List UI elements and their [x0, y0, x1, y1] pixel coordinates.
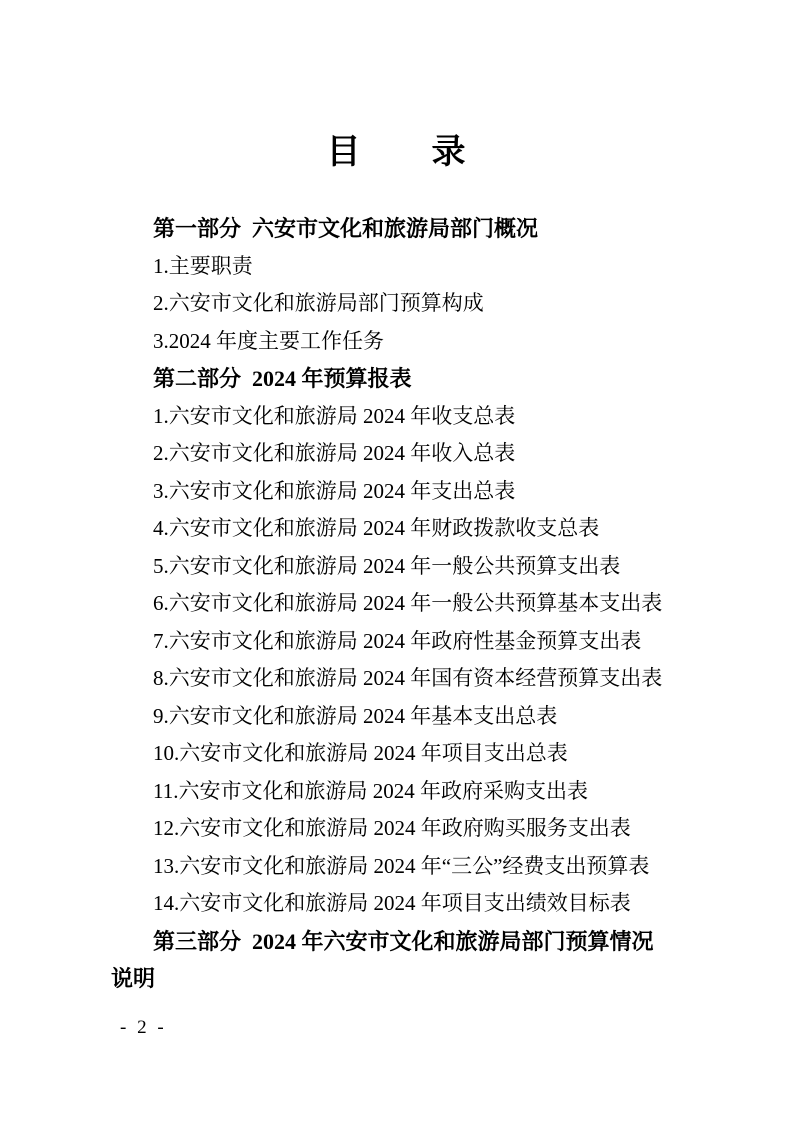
toc-item-2-7: 7.六安市文化和旅游局 2024 年政府性基金预算支出表 — [111, 623, 693, 661]
toc-heading-part-1: 第一部分 六安市文化和旅游局部门概况 — [111, 210, 693, 248]
toc-item-2-9: 9.六安市文化和旅游局 2024 年基本支出总表 — [111, 698, 693, 736]
toc-item-1-1: 1.主要职责 — [111, 248, 693, 286]
toc-item-2-12: 12.六安市文化和旅游局 2024 年政府购买服务支出表 — [111, 810, 693, 848]
toc-item-1-2: 2.六安市文化和旅游局部门预算构成 — [111, 285, 693, 323]
toc-item-2-6: 6.六安市文化和旅游局 2024 年一般公共预算基本支出表 — [111, 585, 693, 623]
toc-item-2-13: 13.六安市文化和旅游局 2024 年“三公”经费支出预算表 — [111, 848, 693, 886]
toc-item-2-11: 11.六安市文化和旅游局 2024 年政府采购支出表 — [111, 773, 693, 811]
toc-item-2-14: 14.六安市文化和旅游局 2024 年项目支出绩效目标表 — [111, 885, 693, 923]
document-page: 目 录 第一部分 六安市文化和旅游局部门概况 1.主要职责 2.六安市文化和旅游… — [0, 0, 793, 1122]
toc-item-2-3: 3.六安市文化和旅游局 2024 年支出总表 — [111, 473, 693, 511]
page-title: 目 录 — [0, 0, 793, 173]
toc-heading-part-2: 第二部分 2024 年预算报表 — [111, 360, 693, 398]
toc-heading-part-3: 第三部分 2024 年六安市文化和旅游局部门预算情况 说明 — [111, 923, 693, 998]
toc-list: 第一部分 六安市文化和旅游局部门概况 1.主要职责 2.六安市文化和旅游局部门预… — [0, 210, 793, 998]
page-number: - 2 - — [120, 1016, 167, 1040]
toc-item-2-4: 4.六安市文化和旅游局 2024 年财政拨款收支总表 — [111, 510, 693, 548]
toc-item-1-3: 3.2024 年度主要工作任务 — [111, 323, 693, 361]
toc-item-2-2: 2.六安市文化和旅游局 2024 年收入总表 — [111, 435, 693, 473]
toc-item-2-10: 10.六安市文化和旅游局 2024 年项目支出总表 — [111, 735, 693, 773]
toc-item-2-8: 8.六安市文化和旅游局 2024 年国有资本经营预算支出表 — [111, 660, 693, 698]
toc-item-2-1: 1.六安市文化和旅游局 2024 年收支总表 — [111, 398, 693, 436]
toc-item-2-5: 5.六安市文化和旅游局 2024 年一般公共预算支出表 — [111, 548, 693, 586]
